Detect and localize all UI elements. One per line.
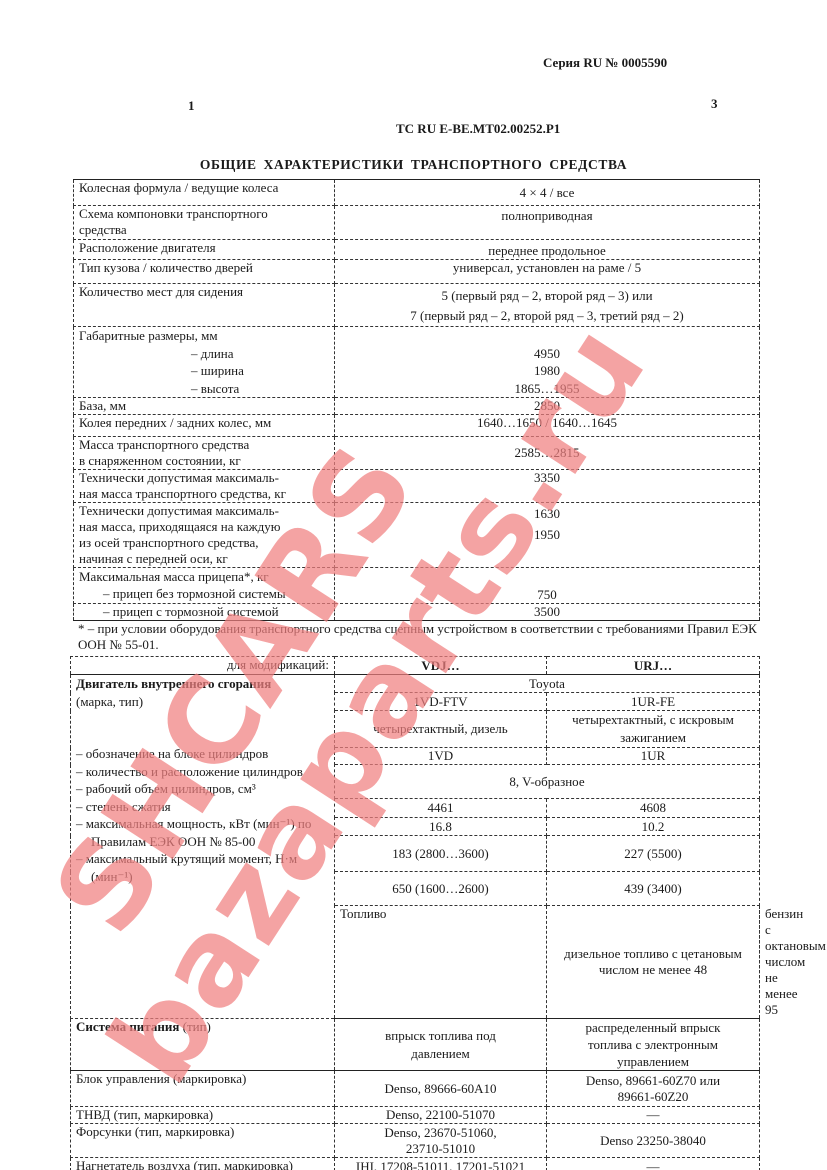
value-line: 1950 xyxy=(534,527,560,542)
row-label: Система питания (тип) xyxy=(71,1019,335,1071)
table-row: Блок управления (маркировка) Denso, 8966… xyxy=(71,1071,760,1107)
engine-type-urj: четырехтактный, с искровым зажиганием xyxy=(547,711,760,748)
label-line: ная масса транспортного средства, кг xyxy=(79,486,286,501)
label-line: – степень сжатия xyxy=(76,798,329,816)
modifications-label: для модификаций: xyxy=(71,657,335,675)
row-value: 4 × 4 / все xyxy=(335,180,760,206)
row-label: Масса транспортного средствав снаряженно… xyxy=(74,437,335,470)
compression-urj: 10.2 xyxy=(547,818,760,836)
label-line: – прицеп с тормозной системой xyxy=(79,604,329,620)
table-row: Технически допустимая максималь-ная масс… xyxy=(74,470,760,503)
row-label: Форсунки (тип, маркировка) xyxy=(71,1124,335,1158)
table-row: Масса транспортного средствав снаряженно… xyxy=(74,437,760,470)
label-line: Технически допустимая максималь- xyxy=(79,470,279,485)
table-row: Двигатель внутреннего сгорания (марка, т… xyxy=(71,675,760,693)
certificate-number: ТС RU E-BE.MT02.00252.P1 xyxy=(396,121,560,137)
label-line: – максимальный крутящий момент, Н·м (мин… xyxy=(76,850,329,885)
row-label: Расположение двигателя xyxy=(74,240,335,260)
engine-brand: Toyota xyxy=(335,675,760,693)
table-row: Схема компоновки транспортногосредства п… xyxy=(74,206,760,240)
row-label: Технически допустимая максималь-ная масс… xyxy=(74,503,335,568)
label-line: – высота xyxy=(79,380,329,398)
label-line: начиная с передней оси, кг xyxy=(79,551,228,566)
fuel-vdj: дизельное топливо с цетановым числом не … xyxy=(547,906,760,1019)
row-value: 16301950 xyxy=(335,503,760,568)
row-value: 5 (первый ряд – 2, второй ряд – 3) или7 … xyxy=(335,284,760,327)
page-title: ОБЩИЕ ХАРАКТЕРИСТИКИ ТРАНСПОРТНОГО СРЕДС… xyxy=(0,157,827,173)
displacement-vdj: 4461 xyxy=(335,799,547,818)
row-label: Технически допустимая максималь-ная масс… xyxy=(74,470,335,503)
table-header-row: для модификаций: VDJ… URJ… xyxy=(71,657,760,675)
block-mark-urj: 1UR xyxy=(547,748,760,765)
label-line: Масса транспортного средства xyxy=(79,437,249,452)
row-label: Максимальная масса прицепа*, кг– прицеп … xyxy=(74,568,335,604)
row-label: Колесная формула / ведущие колеса xyxy=(74,180,335,206)
table-row: Технически допустимая максималь-ная масс… xyxy=(74,503,760,568)
column-header-vdj: VDJ… xyxy=(335,657,547,675)
row-value: 750 xyxy=(335,568,760,604)
value-line: 5 (первый ряд – 2, второй ряд – 3) или xyxy=(441,288,652,303)
label-line: средства xyxy=(79,222,127,237)
block-mark-vdj: 1VD xyxy=(335,748,547,765)
row-value: полноприводная xyxy=(335,206,760,240)
label-bold: Система питания xyxy=(76,1019,179,1034)
cylinders: 8, V-образное xyxy=(335,765,760,799)
ecu-vdj: Denso, 89666-60A10 xyxy=(335,1071,547,1107)
row-value: 2850 xyxy=(335,398,760,415)
label-line: – ширина xyxy=(79,362,329,380)
row-value: переднее продольное xyxy=(335,240,760,260)
table-row: Форсунки (тип, маркировка) Denso, 23670-… xyxy=(71,1124,760,1158)
table-row: Максимальная масса прицепа*, кг– прицеп … xyxy=(74,568,760,604)
value-line: 1980 xyxy=(534,363,560,378)
pump-vdj: Denso, 22100-51070 xyxy=(335,1107,547,1124)
value-line: 1630 xyxy=(534,506,560,521)
series-number: Серия RU № 0005590 xyxy=(543,55,667,71)
label-line: Технически допустимая максималь- xyxy=(79,503,279,518)
torque-vdj: 650 (1600…2600) xyxy=(335,872,547,906)
torque-urj: 439 (3400) xyxy=(547,872,760,906)
row-label: Блок управления (маркировка) xyxy=(71,1071,335,1107)
row-label: Тип кузова / количество дверей xyxy=(74,260,335,284)
power-urj: 227 (5500) xyxy=(547,836,760,872)
label-line: – длина xyxy=(79,345,329,363)
label-line: – прицеп без тормозной системы xyxy=(79,585,329,602)
label-line: Габаритные размеры, мм xyxy=(79,328,218,343)
injectors-vdj: Denso, 23670-51060, 23710-51010 xyxy=(335,1124,547,1158)
label-line: – максимальная мощность, кВт (мин⁻¹) по … xyxy=(76,815,329,850)
page-marker-right: 3 xyxy=(711,96,718,112)
label-line: – количество и расположение цилиндров xyxy=(76,763,329,781)
value-line: 4950 xyxy=(534,346,560,361)
ecu-urj: Denso, 89661-60Z70 или 89661-60Z20 xyxy=(547,1071,760,1107)
row-label: Схема компоновки транспортногосредства xyxy=(74,206,335,240)
row-label: Топливо xyxy=(335,906,547,1019)
label-rest: (тип) xyxy=(179,1019,211,1034)
row-value: 4950 1980 1865…1955 xyxy=(335,327,760,398)
row-value: 2585…2815 xyxy=(335,437,760,470)
engine-label-cell: Двигатель внутреннего сгорания (марка, т… xyxy=(71,675,335,1019)
row-value: 3500 xyxy=(335,604,760,621)
label-line: в снаряженном состоянии, кг xyxy=(79,453,241,468)
table-row: Нагнетатель воздуха (тип, маркировка) IH… xyxy=(71,1158,760,1170)
table-row: База, мм 2850 xyxy=(74,398,760,415)
value-line: 7 (первый ряд – 2, второй ряд – 3, трети… xyxy=(410,308,683,323)
label-line: Двигатель внутреннего сгорания xyxy=(76,676,271,691)
displacement-urj: 4608 xyxy=(547,799,760,818)
table-row: – прицеп с тормозной системой 3500 xyxy=(74,604,760,621)
compression-vdj: 16.8 xyxy=(335,818,547,836)
row-label: – прицеп с тормозной системой xyxy=(74,604,335,621)
label-line: – рабочий объем цилиндров, см³ xyxy=(76,780,329,798)
row-label: Колея передних / задних колес, мм xyxy=(74,415,335,437)
label-line: – обозначение на блоке цилиндров xyxy=(76,745,329,763)
turbo-vdj: IHI, 17208-51011, 17201-51021 xyxy=(335,1158,547,1170)
engine-model-urj: 1UR-FE xyxy=(547,693,760,711)
power-vdj: 183 (2800…3600) xyxy=(335,836,547,872)
footnote: * – при условии оборудования транспортно… xyxy=(78,621,758,653)
turbo-urj: — xyxy=(547,1158,760,1170)
row-label: Габаритные размеры, мм – длина – ширина … xyxy=(74,327,335,398)
general-characteristics-table: Колесная формула / ведущие колеса 4 × 4 … xyxy=(73,179,760,621)
label-line: Максимальная масса прицепа*, кг xyxy=(79,569,269,584)
label-line: ная масса, приходящаяся на каждую xyxy=(79,519,280,534)
column-header-urj: URJ… xyxy=(547,657,760,675)
table-row: Габаритные размеры, мм – длина – ширина … xyxy=(74,327,760,398)
fuel-system-vdj: впрыск топлива под давлением xyxy=(335,1019,547,1071)
row-label: ТНВД (тип, маркировка) xyxy=(71,1107,335,1124)
row-label: Нагнетатель воздуха (тип, маркировка) xyxy=(71,1158,335,1170)
table-row: Система питания (тип) впрыск топлива под… xyxy=(71,1019,760,1071)
table-row: Тип кузова / количество дверей универсал… xyxy=(74,260,760,284)
table-row: ТНВД (тип, маркировка) Denso, 22100-5107… xyxy=(71,1107,760,1124)
engine-model-vdj: 1VD-FTV xyxy=(335,693,547,711)
table-row: Количество мест для сидения 5 (первый ря… xyxy=(74,284,760,327)
row-value: универсал, установлен на раме / 5 xyxy=(335,260,760,284)
table-row: Колесная формула / ведущие колеса 4 × 4 … xyxy=(74,180,760,206)
label-line: Схема компоновки транспортного xyxy=(79,206,268,221)
label-line: из осей транспортного средства, xyxy=(79,535,259,550)
table-row: Расположение двигателя переднее продольн… xyxy=(74,240,760,260)
table-row: Колея передних / задних колес, мм 1640…1… xyxy=(74,415,760,437)
engine-table: для модификаций: VDJ… URJ… Двигатель вну… xyxy=(70,656,760,1170)
value-line: 1865…1955 xyxy=(515,381,580,396)
row-label: Количество мест для сидения xyxy=(74,284,335,327)
row-label: База, мм xyxy=(74,398,335,415)
page-marker-left: 1 xyxy=(188,98,195,114)
row-value: 3350 xyxy=(335,470,760,503)
label-line: (марка, тип) xyxy=(76,694,143,709)
engine-type-vdj: четырехтактный, дизель xyxy=(335,711,547,748)
injectors-urj: Denso 23250-38040 xyxy=(547,1124,760,1158)
row-value: 1640…1650 / 1640…1645 xyxy=(335,415,760,437)
fuel-system-urj: распределенный впрыск топлива с электрон… xyxy=(547,1019,760,1071)
pump-urj: — xyxy=(547,1107,760,1124)
